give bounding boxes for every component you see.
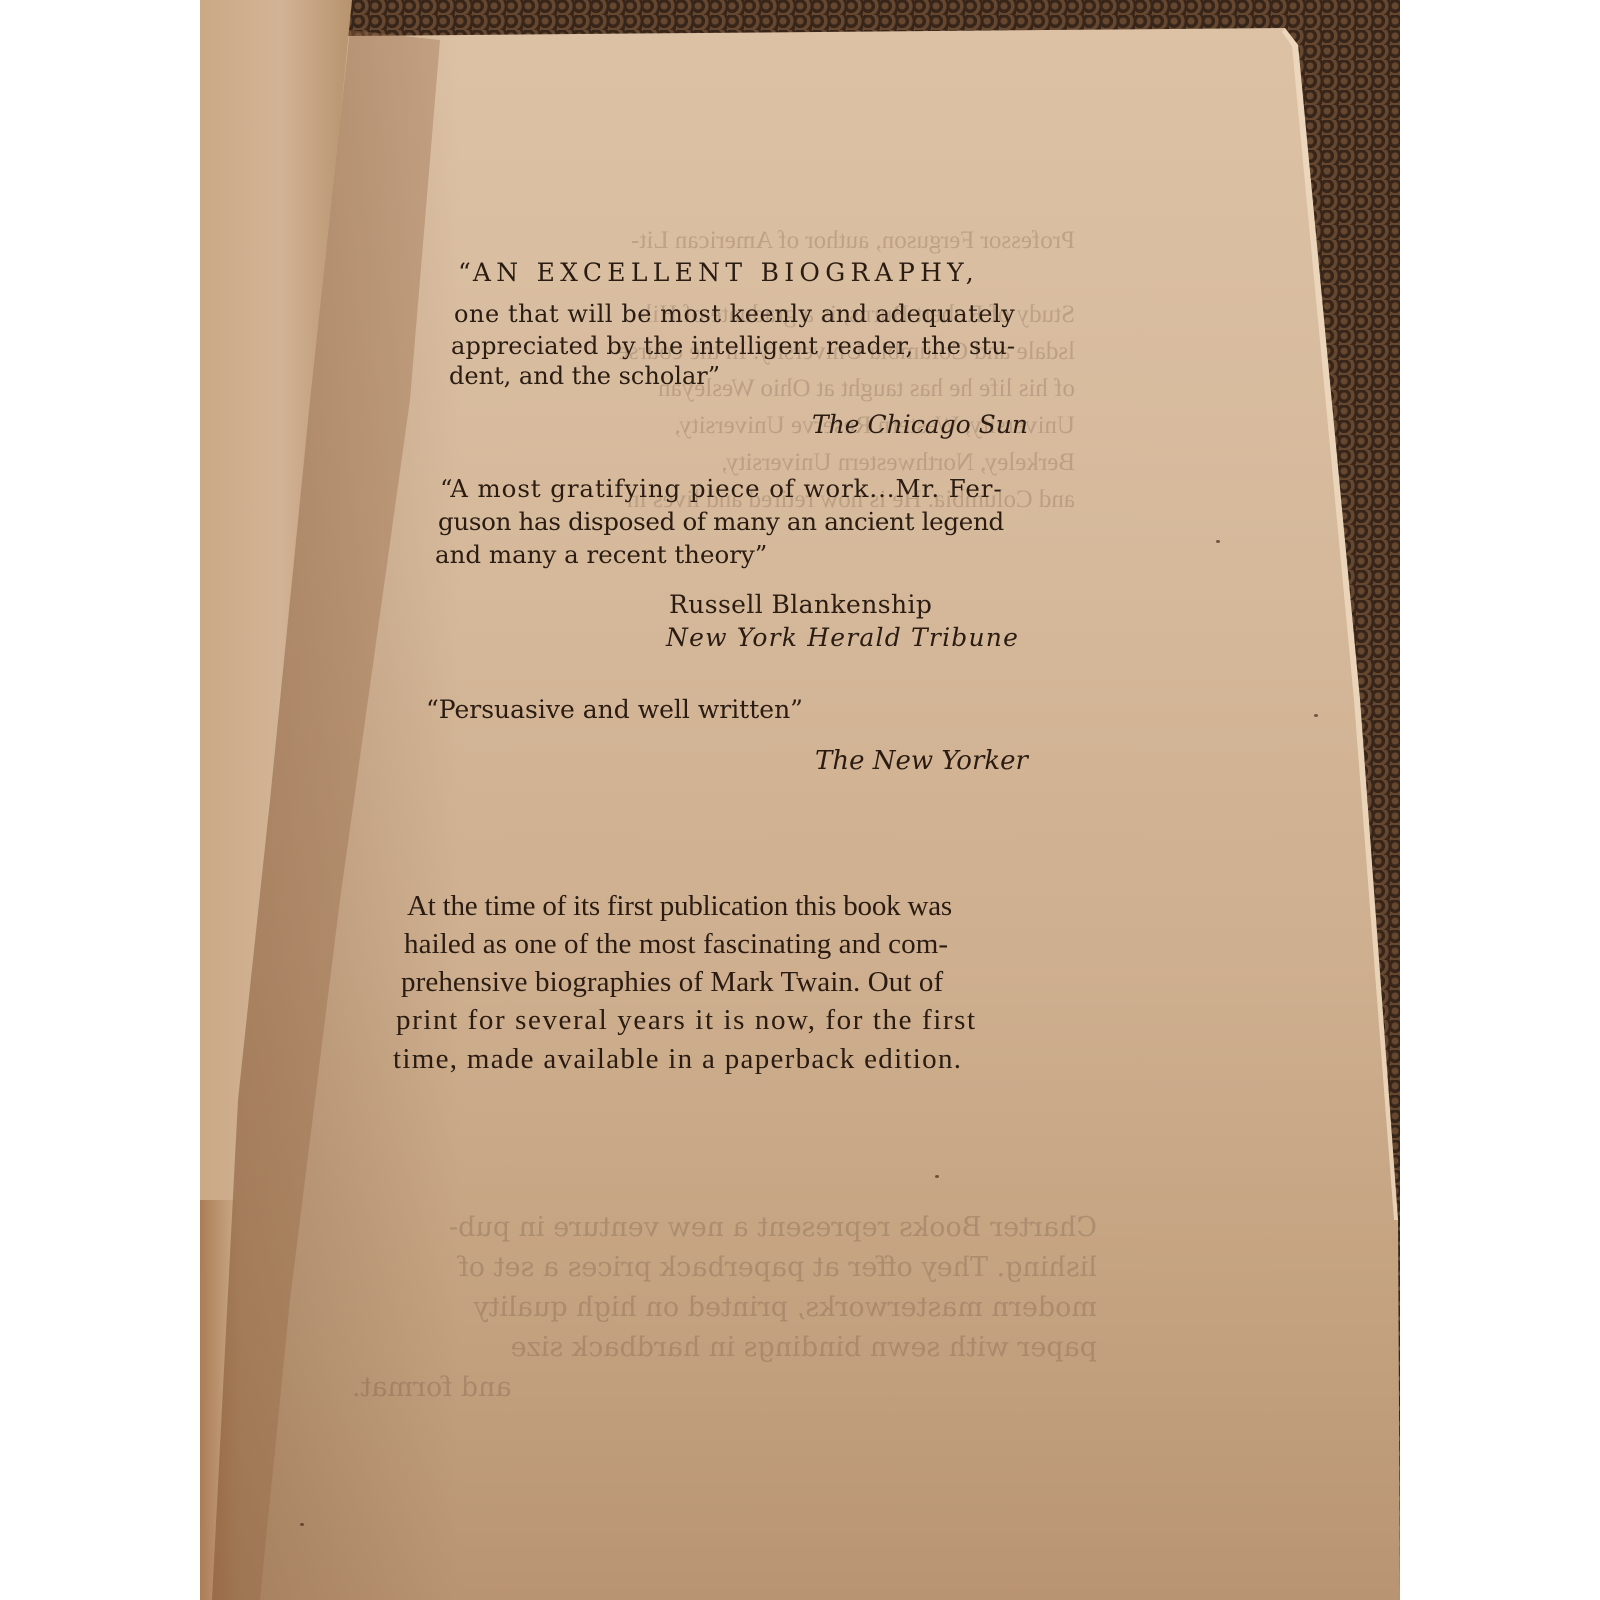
description-line: At the time of its first publication thi… <box>407 890 952 923</box>
blurb-3-source: The New Yorker <box>815 746 1028 776</box>
blurb-3-line: “Persuasive and well written” <box>426 695 803 724</box>
blurb-2-line: “A most gratifying piece of work...Mr. F… <box>440 474 1003 503</box>
blurb-1-line: dent, and the scholar” <box>449 362 720 390</box>
book-photo: Professor Ferguson, author of American L… <box>200 0 1400 1600</box>
paper-fleck <box>300 1523 304 1526</box>
ghost-line: paper with sewn bindings in hardback siz… <box>352 1328 1097 1368</box>
blurb-2-line: and many a recent theory” <box>435 540 767 569</box>
blurb-2-source: New York Herald Tribune <box>666 623 1019 652</box>
paper-fleck <box>1216 540 1220 543</box>
binding-shadow <box>200 1200 240 1600</box>
bleed-through-bottom: Charter Books represent a new venture in… <box>352 1208 1097 1408</box>
description-line: print for several years it is now, for t… <box>396 1004 977 1037</box>
blurb-1-headline: “AN EXCELLENT BIOGRAPHY, <box>458 258 979 287</box>
paper-fleck <box>935 1175 939 1178</box>
ghost-line: Professor Ferguson, author of American L… <box>455 222 1075 259</box>
description-line: hailed as one of the most fascinating an… <box>404 928 948 961</box>
blurb-1-line: one that will be most keenly and adequat… <box>454 300 1015 328</box>
blurb-2-author: Russell Blankenship <box>669 590 932 619</box>
ghost-line: lishing. They offer at paperback prices … <box>352 1248 1097 1288</box>
description-line: prehensive biographies of Mark Twain. Ou… <box>401 966 943 999</box>
ghost-line: modern masterworks, printed on high qual… <box>352 1288 1097 1328</box>
paper-fleck <box>1314 714 1318 717</box>
blurb-1-source: The Chicago Sun <box>812 410 1028 439</box>
blurb-1-line: appreciated by the intelligent reader, t… <box>451 332 1015 360</box>
description-line: time, made available in a paperback edit… <box>393 1043 962 1076</box>
blurb-2-line: guson has disposed of many an ancient le… <box>438 507 1004 536</box>
ghost-line: Charter Books represent a new venture in… <box>352 1208 1097 1248</box>
ghost-line: and format. <box>352 1368 1097 1408</box>
